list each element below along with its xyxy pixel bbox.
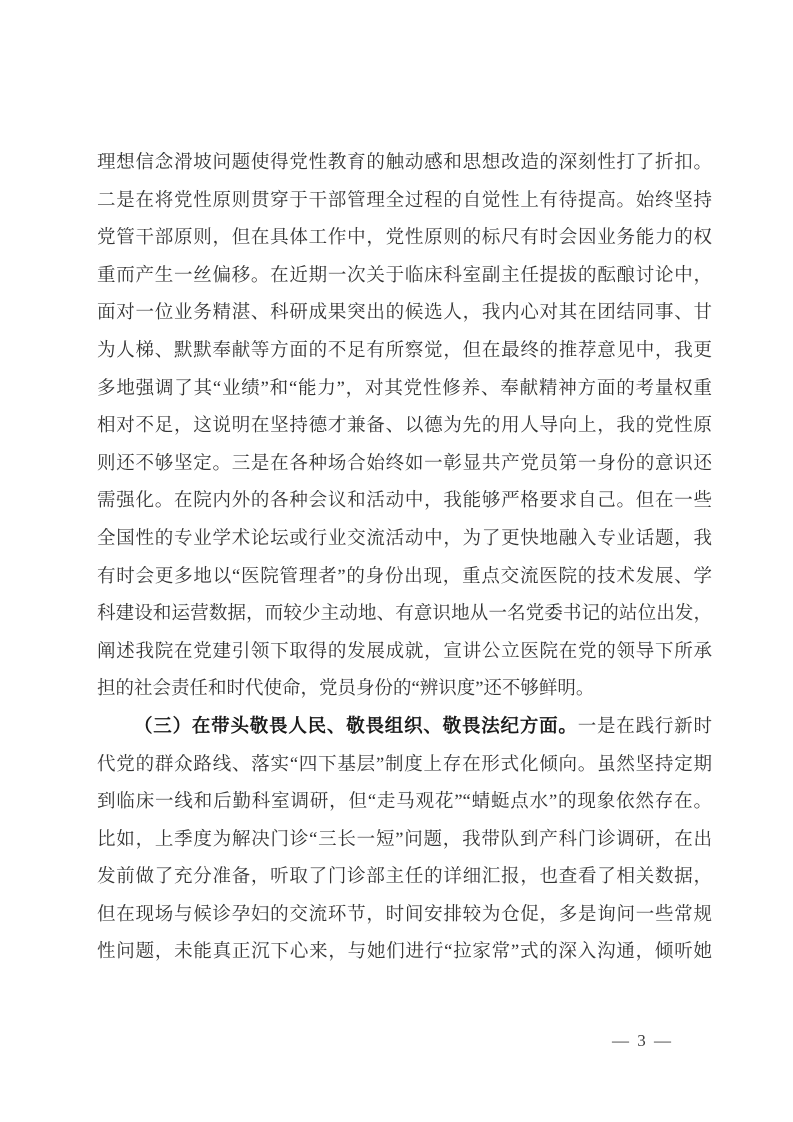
text-line: 则还不够坚定。三是在各种场合始终如一彰显共产党员第一身份的意识还 <box>97 446 712 484</box>
text-line: 有时会更多地以“医院管理者”的身份出现，重点交流医院的技术发展、学 <box>97 559 712 597</box>
text-line: 重而产生一丝偏移。在近期一次关于临床科室副主任提拔的酝酿讨论中， <box>97 258 712 296</box>
text-line: 到临床一线和后勤科室调研，但“走马观花”“蜻蜓点水”的现象依然存在。 <box>97 784 712 822</box>
text-line: 全国性的专业学术论坛或行业交流活动中，为了更快地融入专业话题，我 <box>97 521 712 559</box>
text-line: 相对不足，这说明在坚持德才兼备、以德为先的用人导向上，我的党性原 <box>97 408 712 446</box>
text-line: 多地强调了其“业绩”和“能力”，对其党性修养、奉献精神方面的考量权重 <box>97 371 712 409</box>
text-line: 二是在将党性原则贯穿于干部管理全过程的自觉性上有待提高。始终坚持 <box>97 183 712 221</box>
text-line: 但在现场与候诊孕妇的交流环节，时间安排较为仓促，多是询问一些常规 <box>97 897 712 935</box>
text-line: 为人梯、默默奉献等方面的不足有所察觉，但在最终的推荐意见中，我更 <box>97 333 712 371</box>
text-line: 面对一位业务精湛、科研成果突出的候选人，我内心对其在团结同事、甘 <box>97 295 712 333</box>
section-heading: （三）在带头敬畏人民、敬畏组织、敬畏法纪方面。 <box>134 717 578 737</box>
text-line: 性问题，未能真正沉下心来，与她们进行“拉家常”式的深入沟通，倾听她 <box>97 934 712 972</box>
text-line: 党管干部原则，但在具体工作中，党性原则的标尺有时会因业务能力的权 <box>97 220 712 258</box>
text-line: 阐述我院在党建引领下取得的发展成就，宣讲公立医院在党的领导下所承 <box>97 634 712 672</box>
text-line: 发前做了充分准备，听取了门诊部主任的详细汇报，也查看了相关数据， <box>97 859 712 897</box>
text-line: 理想信念滑坡问题使得党性教育的触动感和思想改造的深刻性打了折扣。 <box>97 145 712 183</box>
page-number: — 3 — <box>612 1031 673 1051</box>
section-heading-rest: 一是在践行新时 <box>578 717 712 737</box>
text-line: 代党的群众路线、落实“四下基层”制度上存在形式化倾向。虽然坚持定期 <box>97 747 712 785</box>
document-page: 理想信念滑坡问题使得党性教育的触动感和思想改造的深刻性打了折扣。 二是在将党性原… <box>0 0 793 1122</box>
section-heading-line: （三）在带头敬畏人民、敬畏组织、敬畏法纪方面。一是在践行新时 <box>97 709 712 747</box>
body-text: 理想信念滑坡问题使得党性教育的触动感和思想改造的深刻性打了折扣。 二是在将党性原… <box>97 145 712 972</box>
text-line: 比如，上季度为解决门诊“三长一短”问题，我带队到产科门诊调研，在出 <box>97 822 712 860</box>
text-line: 需强化。在院内外的各种会议和活动中，我能够严格要求自己。但在一些 <box>97 483 712 521</box>
text-line: 科建设和运营数据，而较少主动地、有意识地从一名党委书记的站位出发， <box>97 596 712 634</box>
text-line-paragraph-end: 担的社会责任和时代使命，党员身份的“辨识度”还不够鲜明。 <box>97 671 712 709</box>
